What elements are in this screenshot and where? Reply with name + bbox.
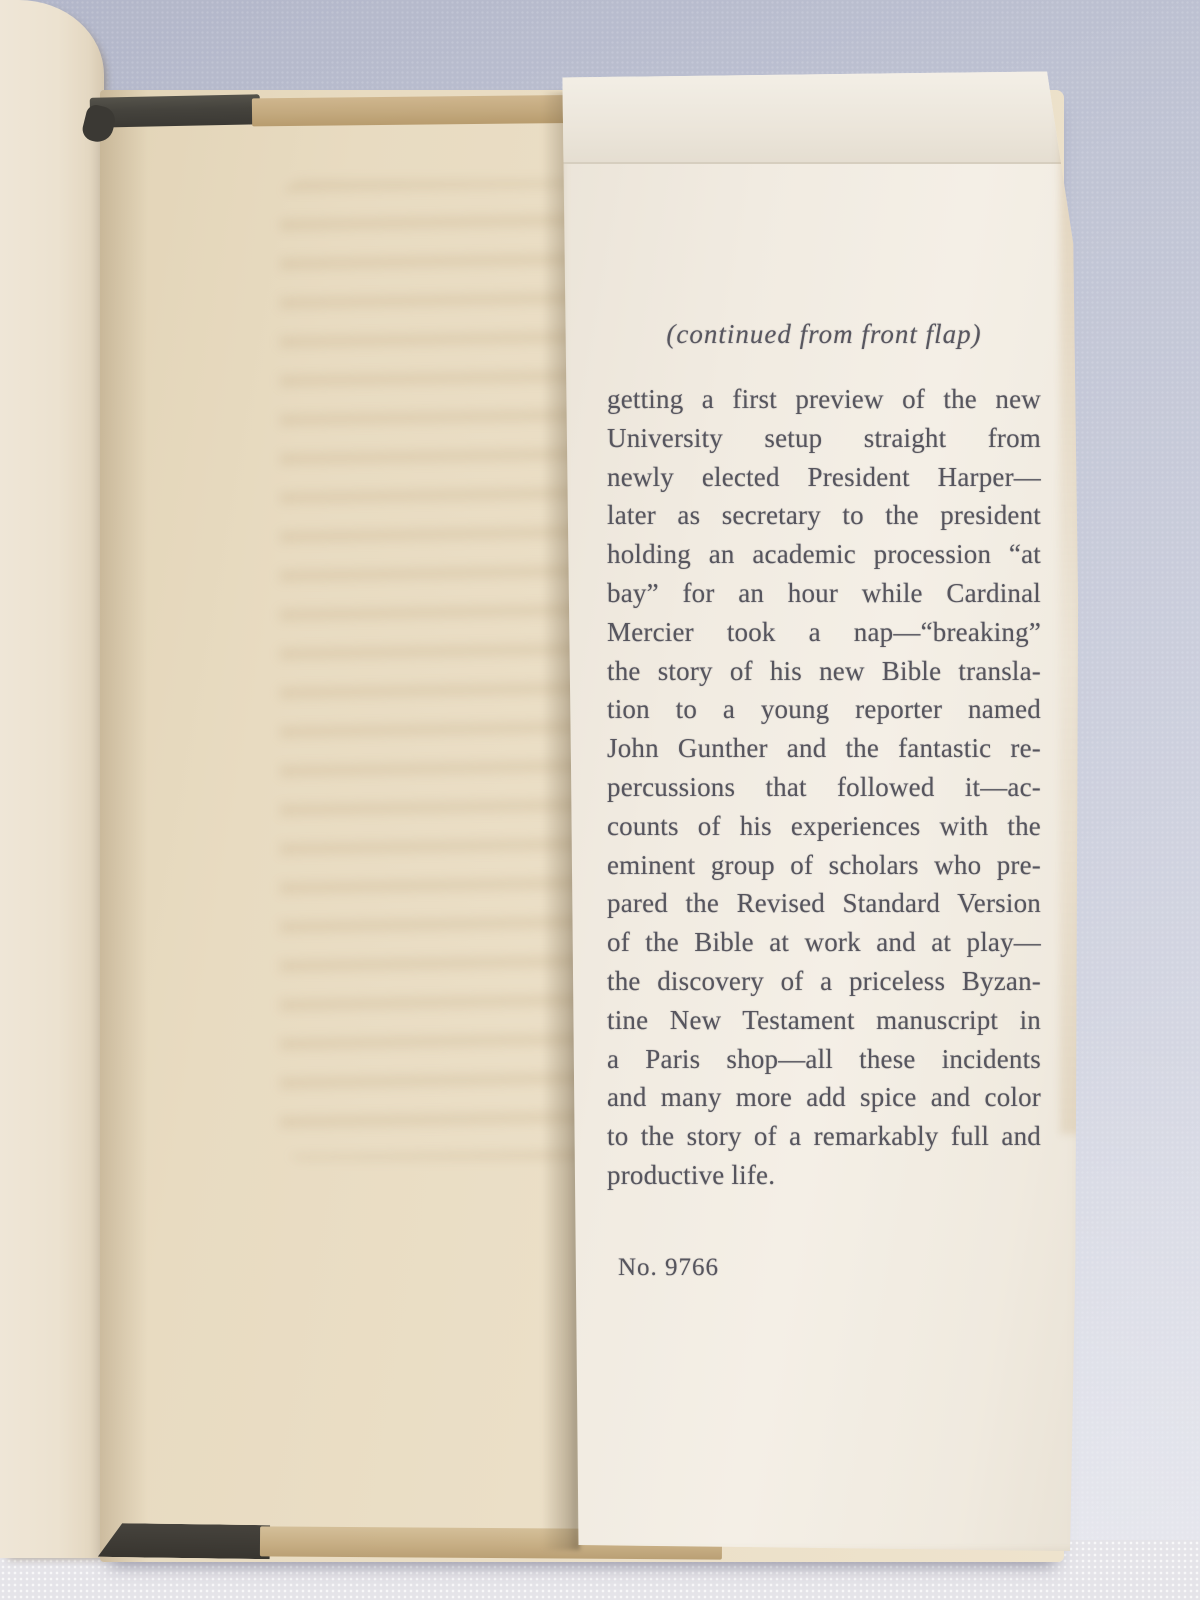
flap-text-line: University setup straight from (607, 419, 1041, 458)
photo-open-book: (continued from front flap) getting a fi… (0, 0, 1200, 1600)
flap-text-line: percussions that followed it—ac- (607, 768, 1041, 807)
flap-text-line: newly elected President Harper— (607, 458, 1041, 497)
flap-text-line: later as secretary to the president (607, 496, 1041, 535)
flap-text-line: John Gunther and the fantastic re- (607, 729, 1041, 768)
flap-text-line: bay” for an hour while Cardinal (607, 574, 1041, 613)
flap-text-line: getting a first preview of the new (607, 380, 1041, 419)
flap-text-line: pared the Revised Standard Version (607, 884, 1041, 923)
flap-body-text: getting a first preview of the new Unive… (607, 380, 1041, 1195)
flap-text-line: Mercier took a nap—“breaking” (607, 613, 1041, 652)
flap-text-line: the story of his new Bible transla- (607, 652, 1041, 691)
cover-bottom-edge-dark (98, 1523, 270, 1559)
hinge-shading (100, 90, 148, 1562)
flap-text-line: productive life. (607, 1156, 1041, 1195)
flap-fold-crease (556, 64, 1092, 164)
dust-jacket-back-flap: (continued from front flap) getting a fi… (556, 64, 1092, 1560)
flap-text-line: tion to a young reporter named (607, 690, 1041, 729)
standing-front-cover (0, 0, 104, 1558)
flap-text-line: of the Bible at work and at play— (607, 923, 1041, 962)
flap-heading: (continued from front flap) (596, 319, 1052, 350)
flap-text-line: a Paris shop—all these incidents (607, 1040, 1041, 1079)
flap-text-line: and many more add spice and color (607, 1078, 1041, 1117)
flap-text-line: counts of his experiences with the (607, 807, 1041, 846)
flap-text-line: tine New Testament manuscript in (607, 1001, 1041, 1040)
catalog-number: No. 9766 (618, 1254, 719, 1282)
flap-text-line: to the story of a remarkably full and (607, 1117, 1041, 1156)
flap-text-line: the discovery of a priceless Byzan- (607, 962, 1041, 1001)
cover-top-edge-dark (90, 94, 261, 128)
flap-text-line: holding an academic procession “at (607, 535, 1041, 574)
flap-text-line: eminent group of scholars who pre- (607, 846, 1041, 885)
